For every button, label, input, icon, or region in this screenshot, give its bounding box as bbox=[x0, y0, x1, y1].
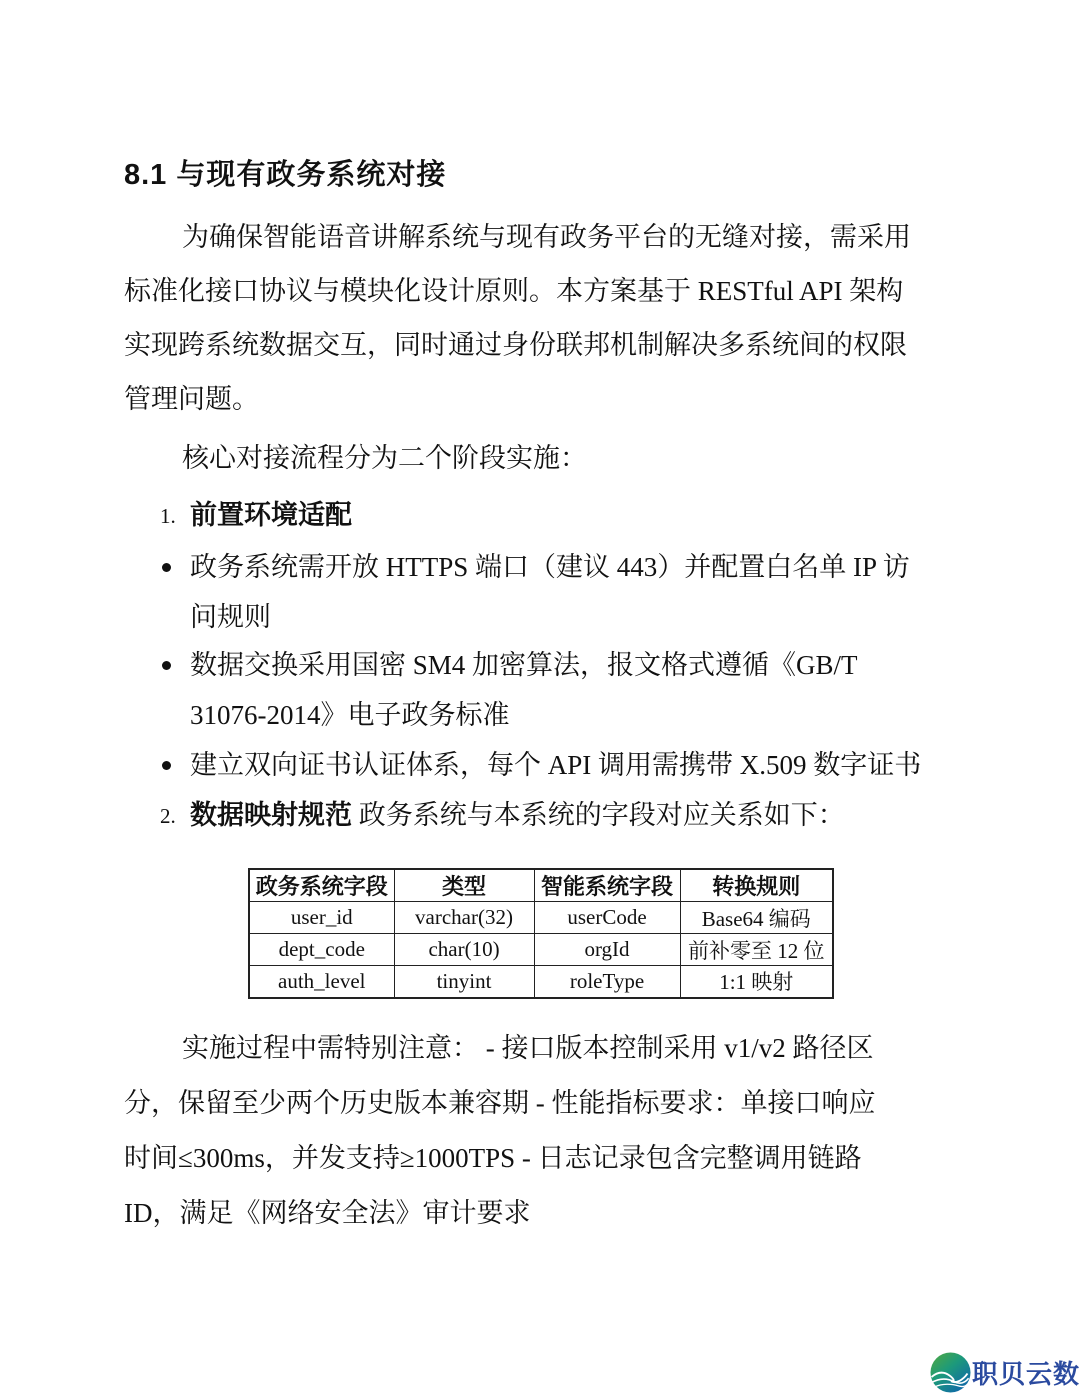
intro-paragraph: 为确保智能语音讲解系统与现有政务平台的无缝对接，需采用 标准化接口协议与模块化设… bbox=[124, 210, 960, 426]
table-cell: orgId bbox=[534, 934, 680, 966]
stage-intro-line: 核心对接流程分为二个阶段实施： bbox=[124, 431, 960, 485]
list-number: 1. bbox=[160, 494, 176, 538]
wave-globe-icon bbox=[930, 1352, 971, 1393]
bullet-line: 政务系统需开放 HTTPS 端口（建议 443）并配置白名单 IP 访 bbox=[190, 542, 960, 592]
list-item-title: 前置环境适配 bbox=[190, 500, 352, 530]
table-cell: dept_code bbox=[249, 934, 394, 966]
paragraph-line: 为确保智能语音讲解系统与现有政务平台的无缝对接，需采用 bbox=[124, 210, 960, 264]
table-row: dept_code char(10) orgId 前补零至 12 位 bbox=[249, 934, 833, 966]
bullet-line: 建立双向证书认证体系，每个 API 调用需携带 X.509 数字证书 bbox=[190, 740, 960, 790]
field-mapping-table: 政务系统字段 类型 智能系统字段 转换规则 user_id varchar(32… bbox=[248, 868, 834, 999]
table-row: auth_level tinyint roleType 1:1 映射 bbox=[249, 966, 833, 998]
paragraph-line: 标准化接口协议与模块化设计原则。本方案基于 RESTful API 架构 bbox=[124, 264, 960, 318]
table-cell: user_id bbox=[249, 902, 394, 934]
brand-logo-text: 职贝云数 bbox=[972, 1354, 1080, 1391]
paragraph-line: 管理问题。 bbox=[124, 372, 960, 426]
table-cell: 前补零至 12 位 bbox=[680, 934, 833, 966]
list-item-text: 政务系统与本系统的字段对应关系如下： bbox=[352, 800, 845, 830]
bullet-icon bbox=[162, 563, 171, 572]
bullet-item: 政务系统需开放 HTTPS 端口（建议 443）并配置白名单 IP 访 问规则 bbox=[124, 542, 960, 642]
numbered-item-1: 1. 前置环境适配 bbox=[124, 490, 960, 540]
section-heading: 8.1 与现有政务系统对接 bbox=[124, 152, 956, 193]
table-header-row: 政务系统字段 类型 智能系统字段 转换规则 bbox=[249, 869, 833, 902]
table-cell: tinyint bbox=[394, 966, 534, 998]
list-number: 2. bbox=[160, 794, 176, 838]
table-cell: userCode bbox=[534, 902, 680, 934]
bullet-line: 数据交换采用国密 SM4 加密算法，报文格式遵循《GB/T bbox=[190, 640, 960, 690]
numbered-item-2: 2. 数据映射规范 政务系统与本系统的字段对应关系如下： bbox=[124, 790, 960, 840]
table-cell: 1:1 映射 bbox=[680, 966, 833, 998]
bullet-line: 31076-2014》电子政务标准 bbox=[190, 690, 960, 740]
list-item-title: 数据映射规范 bbox=[190, 800, 352, 830]
table-cell: varchar(32) bbox=[394, 902, 534, 934]
table-header-cell: 类型 bbox=[394, 869, 534, 902]
paragraph-line: 分，保留至少两个历史版本兼容期 - 性能指标要求：单接口响应 bbox=[124, 1076, 960, 1131]
table-cell: Base64 编码 bbox=[680, 902, 833, 934]
table-header-cell: 转换规则 bbox=[680, 869, 833, 902]
brand-logo: 职贝云数 bbox=[930, 1352, 1080, 1393]
bullet-icon bbox=[162, 761, 171, 770]
paragraph-line: ID，满足《网络安全法》审计要求 bbox=[124, 1186, 960, 1241]
table-header-cell: 智能系统字段 bbox=[534, 869, 680, 902]
bullet-line: 问规则 bbox=[190, 592, 960, 642]
closing-paragraph: 实施过程中需特别注意： - 接口版本控制采用 v1/v2 路径区 分，保留至少两… bbox=[124, 1021, 960, 1241]
bullet-item: 建立双向证书认证体系，每个 API 调用需携带 X.509 数字证书 bbox=[124, 740, 960, 790]
paragraph-line: 时间≤300ms，并发支持≥1000TPS - 日志记录包含完整调用链路 bbox=[124, 1131, 960, 1186]
table-row: user_id varchar(32) userCode Base64 编码 bbox=[249, 902, 833, 934]
table-cell: auth_level bbox=[249, 966, 394, 998]
table-cell: char(10) bbox=[394, 934, 534, 966]
table-header-cell: 政务系统字段 bbox=[249, 869, 394, 902]
table-cell: roleType bbox=[534, 966, 680, 998]
bullet-icon bbox=[162, 661, 171, 670]
bullet-item: 数据交换采用国密 SM4 加密算法，报文格式遵循《GB/T 31076-2014… bbox=[124, 640, 960, 740]
paragraph-line: 实现跨系统数据交互，同时通过身份联邦机制解决多系统间的权限 bbox=[124, 318, 960, 372]
paragraph-line: 实施过程中需特别注意： - 接口版本控制采用 v1/v2 路径区 bbox=[124, 1021, 960, 1076]
